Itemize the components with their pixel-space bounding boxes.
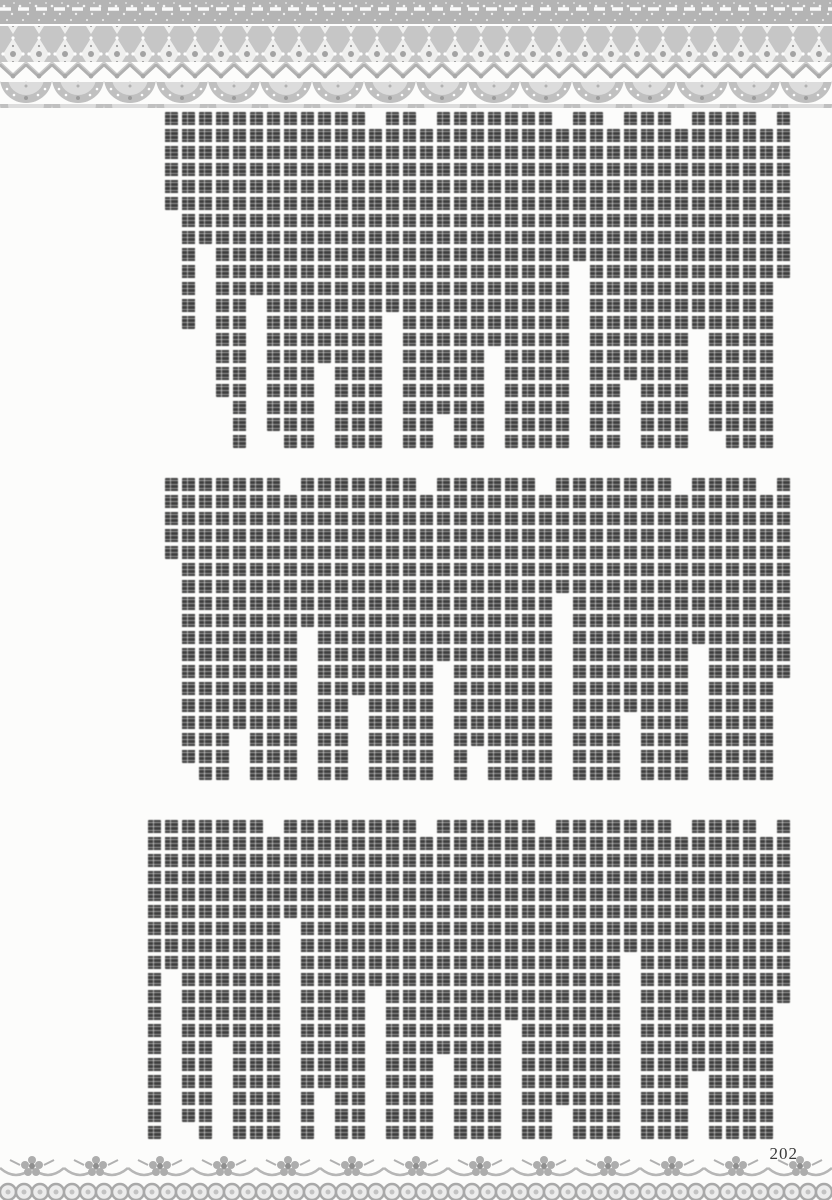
redacted-text-column [777,478,790,678]
redacted-text-column [335,478,348,780]
redacted-text-column [216,820,229,1037]
redacted-text-column [522,112,535,448]
redacted-text-column [726,820,739,1139]
redacted-text-column [777,820,790,1003]
redacted-text-column [590,820,603,1139]
redacted-text-column [199,820,212,1139]
redacted-text-column [250,820,263,1139]
redacted-text-column [471,112,484,448]
redacted-text-column [318,478,331,780]
redacted-text-column [335,112,348,448]
redacted-text-column [743,478,756,780]
redacted-text-column [488,820,501,1139]
redacted-text-column [182,820,195,1122]
redacted-text-column [250,478,263,780]
redacted-text-column [386,820,399,1139]
redacted-text-column [692,820,705,1071]
redacted-text-column [607,112,620,448]
redacted-text-column [505,112,518,448]
redacted-text-column [233,820,246,1139]
redacted-text-column [352,112,365,448]
redacted-text-column [488,478,501,780]
redacted-text-column [471,820,484,1139]
redacted-text-column [505,820,518,1020]
redacted-text-column [216,112,229,397]
redacted-text-column [199,112,212,244]
redacted-text-column [182,478,195,763]
redacted-text-column [318,820,331,1088]
redacted-text-column [233,112,246,448]
redacted-text-column [607,478,620,780]
redacted-text-column [709,478,722,780]
top-lace-border [0,0,832,108]
redacted-text-column [624,820,637,952]
redacted-text-column [573,478,586,780]
redacted-text-column [539,112,552,448]
redacted-text-column [641,112,654,448]
redacted-text-column [590,478,603,780]
redacted-text-column [471,478,484,746]
redacted-text-column [777,112,790,278]
redacted-text-column [403,820,416,1139]
redacted-text-column [607,820,620,1139]
redacted-text-column [454,820,467,1139]
redacted-text-column [692,478,705,644]
redacted-text-column [658,820,671,1139]
redacted-text-column [352,820,365,1139]
redacted-text-column [437,112,450,414]
redacted-text-column [301,820,314,1139]
redacted-text-column [369,478,382,780]
text-block-1 [165,112,790,448]
redacted-text-column [165,478,178,559]
redacted-text-column [760,112,773,448]
redacted-text-column [301,478,314,627]
redacted-text-column [369,112,382,448]
redacted-text-column [301,112,314,448]
redacted-text-column [420,112,433,448]
redacted-text-column [573,112,586,261]
redacted-text-column [386,112,399,312]
redacted-text-column [199,478,212,780]
redacted-text-column [267,112,280,431]
redacted-text-column [318,112,331,363]
redacted-text-column [709,112,722,431]
redacted-text-column [250,112,263,295]
redacted-text-column [165,820,178,969]
redacted-text-column [726,478,739,780]
redacted-text-column [403,478,416,780]
redacted-text-column [675,478,688,780]
redacted-text-column [641,478,654,780]
redacted-text-column [216,478,229,780]
text-block-3 [148,820,790,1139]
redacted-text-column [284,820,297,918]
redacted-text-column [522,478,535,780]
redacted-text-column [709,820,722,1139]
redacted-text-column [437,478,450,661]
scanned-book-page: 202 [0,0,832,1200]
redacted-text-column [267,820,280,1139]
redacted-text-column [437,820,450,1054]
redacted-text-column [335,820,348,1139]
redacted-text-column [182,112,195,329]
redacted-text-column [352,478,365,695]
redacted-text-column [641,820,654,1139]
redacted-text-column [675,820,688,1139]
redacted-text-column [454,112,467,448]
redacted-text-column [743,112,756,448]
redacted-text-column [675,112,688,448]
redacted-text-column [454,478,467,780]
redacted-text-column [726,112,739,448]
redacted-text-column [148,820,161,1139]
redacted-text-column [403,112,416,448]
redacted-text-column [165,112,178,210]
redacted-text-column [386,478,399,780]
redacted-text-column [539,478,552,780]
redacted-text-column [420,478,433,780]
redacted-text-column [284,112,297,448]
redacted-text-column [658,112,671,448]
redacted-text-column [658,478,671,780]
redacted-text-column [233,478,246,729]
redacted-text-column [556,820,569,1105]
redacted-text-column [624,112,637,380]
redacted-text-column [369,820,382,986]
redacted-text-column [573,820,586,1139]
redacted-text-column [760,820,773,1139]
redacted-text-column [556,478,569,593]
text-block-2 [165,478,790,780]
redacted-text-column [420,820,433,1139]
redacted-text-column [267,478,280,780]
redacted-text-column [556,112,569,448]
redacted-text-column [760,478,773,780]
redacted-text-column [624,478,637,712]
redacted-text-column [692,112,705,329]
bottom-lace-border [0,1156,832,1200]
redacted-text-column [488,112,501,346]
redacted-text-column [505,478,518,780]
redacted-text-column [590,112,603,448]
redacted-text-column [539,820,552,1139]
redacted-text-column [284,478,297,780]
redacted-text-column [522,820,535,1139]
redacted-text-column [743,820,756,1139]
